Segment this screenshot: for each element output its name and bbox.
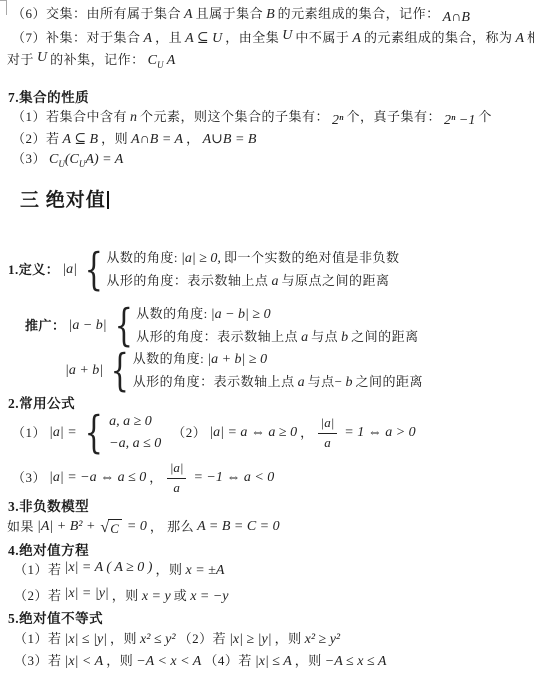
left-brace: { xyxy=(85,248,103,292)
equation-1: （1）若|x| = A ( A ≥ 0 )，则x = ±A xyxy=(14,560,227,581)
math-2-pow-n-minus-1: 2ⁿ −1 xyxy=(444,113,475,128)
abs-extension-a-minus-b: 推广： |a − b| { 从数的角度:|a − b| ≥ 0 从形的角度：表示… xyxy=(25,303,419,349)
fraction-abs-a-over-a: |a|a xyxy=(167,460,187,497)
text-boundary-corner-mark xyxy=(0,0,7,15)
inequality-3-and-4: （3）若|x| < A，则−A < x < A（4）若|x| ≤ A，则−A ≤… xyxy=(14,651,389,672)
extension2-geometric-view: 从形的角度：表示数轴上点a与点−b之间的距离 xyxy=(133,371,423,394)
case-negative: −a, a ≤ 0 xyxy=(109,433,161,455)
extension-label: 推广： xyxy=(25,316,66,336)
text-cursor xyxy=(107,191,109,209)
section-title: 三 绝对值 xyxy=(20,190,106,211)
property-double-complement: （3）CU(CUA) = A xyxy=(12,149,126,174)
left-brace: { xyxy=(114,304,132,348)
property-subsets-count: （1）若集合中含有n个元素，则这个集合的子集有：2ⁿ个，真子集有：2ⁿ −1个 xyxy=(12,107,492,128)
nonnegative-model-heading: 3.非负数模型 xyxy=(8,497,89,517)
set-properties-heading: 7.集合的性质 xyxy=(8,88,89,108)
abs-extension-a-plus-b: |a + b| { 从数的角度:|a + b| ≥ 0 从形的角度：表示数轴上点… xyxy=(62,348,423,394)
set-intersection-item: （6）交集：由所有属于集合A且属于集合B的元素组成的集合，记作：A∩B xyxy=(12,4,473,25)
math-A-intersect-B: A∩B xyxy=(443,10,470,25)
math-double-complement: CU(CUA) = A xyxy=(49,152,123,167)
left-brace: { xyxy=(84,411,102,455)
nonnegative-model-statement: 如果 |A| + B² + √C = 0 ， 那么 A = B = C = 0 xyxy=(7,517,283,537)
equation-2: （2）若|x| = |y|，则x = y或x = −y xyxy=(14,586,232,607)
math-A: A xyxy=(184,7,193,22)
square-root-of-C: √C xyxy=(100,519,121,536)
math-2-pow-n: 2ⁿ xyxy=(332,113,343,128)
property-subset-relation: （2）若A ⊆ B，则A∩B = A，A∪B = B xyxy=(12,129,259,150)
left-brace: { xyxy=(111,349,129,393)
set-complement-item-line1: （7）补集：对于集合A，且A ⊆ U，由全集U中不属于A的元素组成的集合，称为A… xyxy=(12,28,534,49)
definition-numeric-view: 从数的角度:|a| ≥ 0,即一个实数的绝对值是非负数 xyxy=(106,247,399,270)
fraction-abs-a-over-a: |a|a xyxy=(318,415,338,452)
abs-equations-heading: 4.绝对值方程 xyxy=(8,541,89,561)
definition-geometric-view: 从形的角度：表示数轴上点a与原点之间的距离 xyxy=(106,270,399,293)
abs-definition-block: 1.定义： |a| { 从数的角度:|a| ≥ 0,即一个实数的绝对值是非负数 … xyxy=(8,247,399,293)
formula-1-and-2: （1） |a| = { a, a ≥ 0 −a, a ≤ 0 （2） |a| =… xyxy=(12,411,419,455)
math-B: B xyxy=(266,7,275,22)
case-positive: a, a ≥ 0 xyxy=(109,411,161,433)
extension1-numeric-view: 从数的角度:|a − b| ≥ 0 xyxy=(136,303,419,326)
math-A-subset-U: A ⊆ U xyxy=(185,31,222,46)
definition-label: 1.定义： xyxy=(8,260,59,280)
abs-inequalities-heading: 5.绝对值不等式 xyxy=(8,609,103,629)
math-complement-CuA: CU A xyxy=(148,53,176,68)
extension2-numeric-view: 从数的角度:|a + b| ≥ 0 xyxy=(133,348,423,371)
formula-3: （3） |a| = −a ⇔ a ≤ 0 ， |a|a = −1 ⇔ a < 0 xyxy=(12,460,277,497)
extension1-geometric-view: 从形的角度：表示数轴上点a与点b之间的距离 xyxy=(136,326,419,349)
absolute-value-section-heading: 三 绝对值 xyxy=(20,191,109,212)
document-page[interactable]: （6）交集：由所有属于集合A且属于集合B的元素组成的集合，记作：A∩B （7）补… xyxy=(0,0,534,680)
inequality-1-and-2: （1）若|x| ≤ |y|，则x² ≤ y²（2）若|x| ≥ |y|，则x² … xyxy=(14,629,343,650)
item6-text: （6）交集：由所有属于集合 xyxy=(12,6,181,21)
set-complement-item-line2: 对于U的补集，记作：CU A xyxy=(7,50,178,75)
